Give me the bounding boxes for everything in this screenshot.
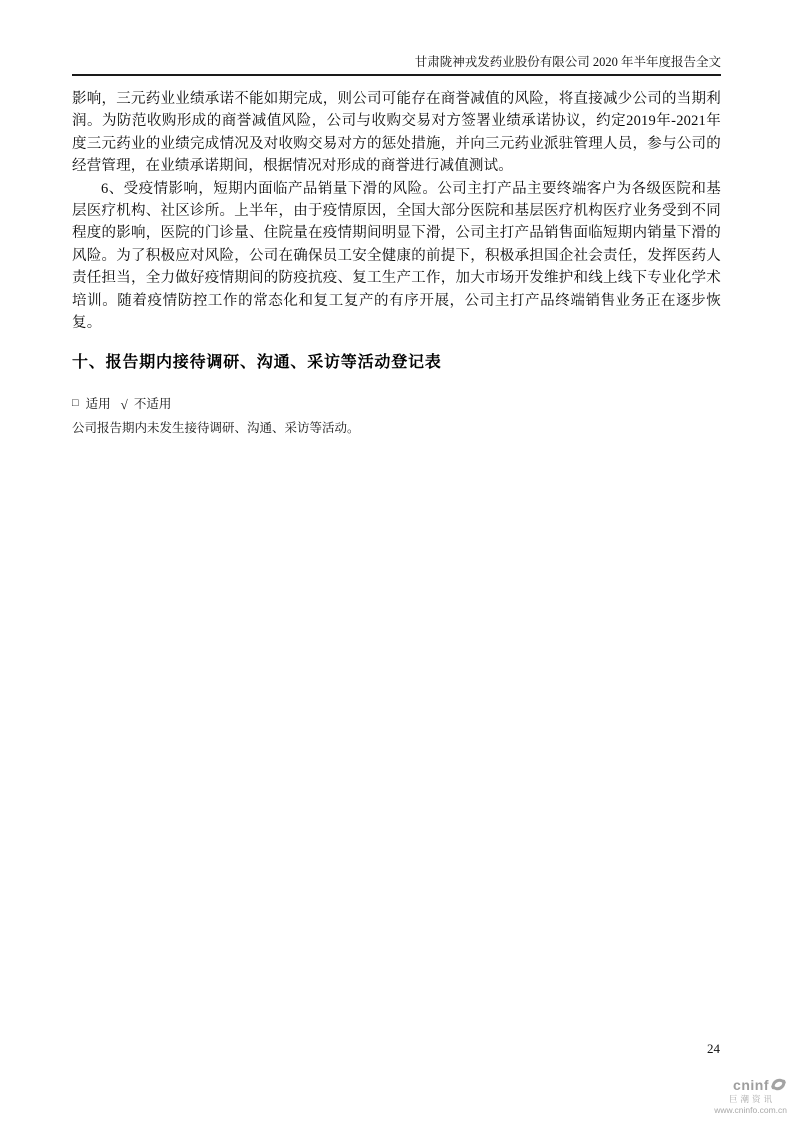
cninfo-logo-top-row: cninf: [703, 1076, 789, 1093]
paragraph-goodwill-risk: 影响，三元药业业绩承诺不能如期完成，则公司可能存在商誉减值的风险，将直接减少公司…: [72, 88, 721, 178]
cninfo-brand-text: cninf: [733, 1078, 769, 1092]
no-activity-note: 公司报告期内未发生接待调研、沟通、采访等活动。: [72, 421, 721, 436]
applicability-line: □ 适用 √ 不适用: [72, 397, 721, 412]
page-number: 24: [707, 1041, 720, 1057]
checkbox-unchecked-icon: □: [72, 396, 79, 411]
header-title: 甘肃陇神戎发药业股份有限公司 2020 年半年度报告全文: [72, 0, 721, 70]
cninfo-logo: cninf 巨潮资讯 www.cninfo.com.cn: [703, 1076, 789, 1114]
cninfo-chinese-name: 巨潮资讯: [703, 1095, 789, 1104]
document-body: 影响，三元药业业绩承诺不能如期完成，则公司可能存在商誉减值的风险，将直接减少公司…: [72, 88, 721, 436]
report-page: 甘肃陇神戎发药业股份有限公司 2020 年半年度报告全文 影响，三元药业业绩承诺…: [0, 0, 793, 1122]
paragraph-pandemic-risk: 6、受疫情影响，短期内面临产品销量下滑的风险。公司主打产品主要终端客户为各级医院…: [72, 178, 721, 335]
check-mark-icon: √: [121, 397, 128, 412]
header-divider: [72, 74, 721, 76]
cninfo-website: www.cninfo.com.cn: [703, 1106, 789, 1115]
cninfo-swirl-icon: [770, 1076, 787, 1093]
page-header: 甘肃陇神戎发药业股份有限公司 2020 年半年度报告全文: [72, 0, 721, 76]
section-heading: 十、报告期内接待调研、沟通、采访等活动登记表: [72, 351, 721, 375]
not-applicable-label: 不适用: [134, 397, 172, 412]
applicable-label: 适用: [86, 397, 111, 412]
